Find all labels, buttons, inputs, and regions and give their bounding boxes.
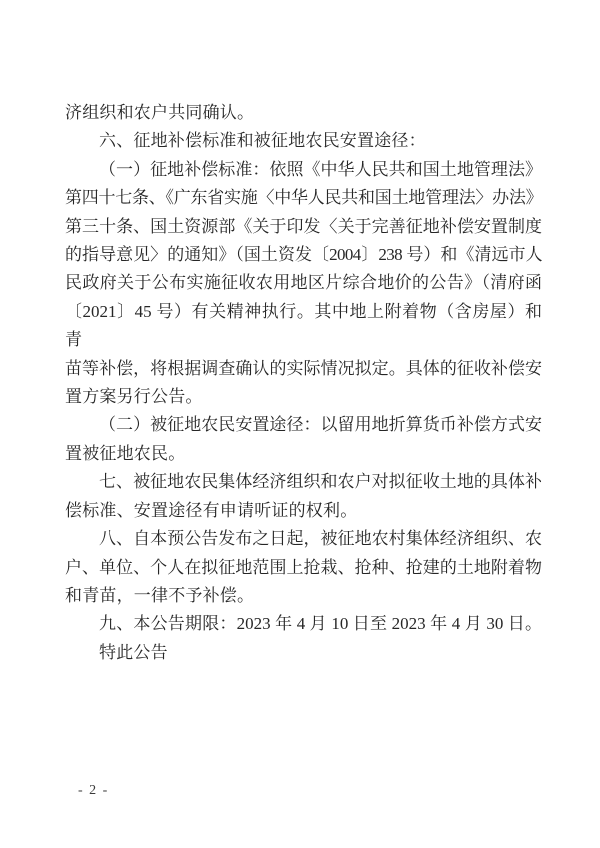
document-line: 济组织和农户共同确认。: [65, 99, 542, 127]
document-line: 〔2021〕45 号）有关精神执行。其中地上附着物（含房屋）和青: [65, 298, 542, 355]
document-line-section-9: 九、本公告期限：2023 年 4 月 10 日至 2023 年 4 月 30 日…: [65, 610, 542, 638]
document-line: 苗等补偿，将根据调查确认的实际情况拟定。具体的征收补偿安: [65, 355, 542, 383]
document-line: 偿标准、安置途径有申请听证的权利。: [65, 497, 542, 525]
document-line-section-8: 八、自本预公告发布之日起，被征地农村集体经济组织、农: [65, 525, 542, 553]
document-line-closing: 特此公告: [65, 639, 542, 667]
document-page: 济组织和农户共同确认。 六、征地补偿标准和被征地农民安置途径： （一）征地补偿标…: [0, 0, 600, 848]
document-line: 的指导意见〉的通知》（国土资发〔2004〕238 号）和《清远市人: [65, 241, 542, 269]
document-line: 第四十七条、《广东省实施〈中华人民共和国土地管理法〉办法》: [65, 184, 542, 212]
document-line: 和青苗，一律不予补偿。: [65, 582, 542, 610]
document-line-section-7: 七、被征地农民集体经济组织和农户对拟征收土地的具体补: [65, 468, 542, 496]
document-line: 置方案另行公告。: [65, 383, 542, 411]
document-line: 民政府关于公布实施征收农用地区片综合地价的公告》（清府函: [65, 269, 542, 297]
document-line: （一）征地补偿标准：依照《中华人民共和国土地管理法》: [65, 156, 542, 184]
document-line: 第三十条、国土资源部《关于印发〈关于完善征地补偿安置制度: [65, 213, 542, 241]
document-body: 济组织和农户共同确认。 六、征地补偿标准和被征地农民安置途径： （一）征地补偿标…: [65, 99, 542, 667]
document-line: 置被征地农民。: [65, 440, 542, 468]
page-number: - 2 -: [78, 783, 109, 799]
document-line: 户、单位、个人在拟征地范围上抢栽、抢种、抢建的土地附着物: [65, 554, 542, 582]
document-line-section-6: 六、征地补偿标准和被征地农民安置途径：: [65, 127, 542, 155]
document-line: （二）被征地农民安置途径：以留用地折算货币补偿方式安: [65, 411, 542, 439]
